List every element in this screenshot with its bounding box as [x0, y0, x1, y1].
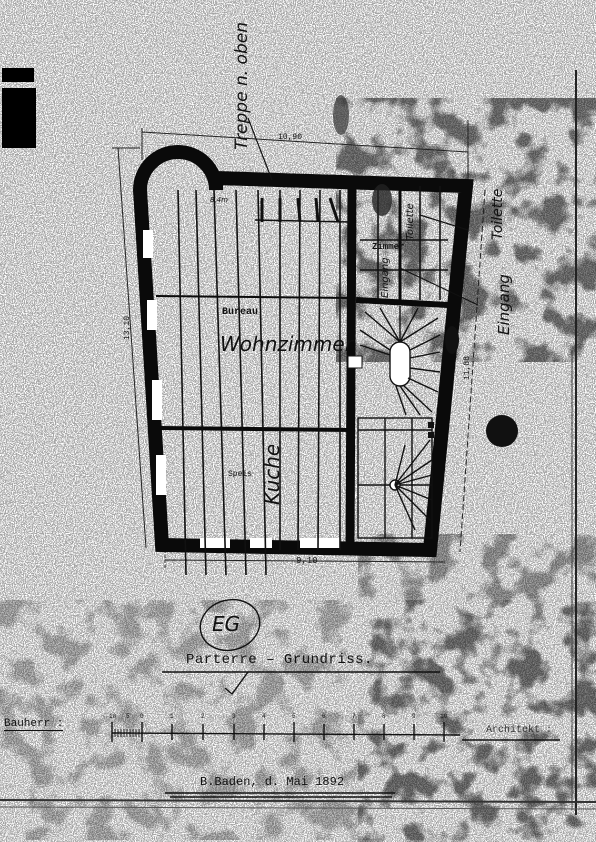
annotation-stairs-up: Treppe n. oben	[232, 22, 252, 150]
room-label-speis: Speis	[228, 470, 252, 479]
scale-tick: 2	[201, 713, 205, 720]
scale-tick: 9	[412, 713, 416, 720]
scale-tick: 4	[262, 713, 266, 720]
annotation-entrance: Eingang	[495, 274, 513, 335]
dimension-bottom-width: 9,10	[296, 556, 318, 566]
annotation-toilet: Toilette	[490, 189, 506, 240]
room-label-wohnzimmer: Wohnzimmer	[220, 332, 353, 356]
annotation-zimmer: Zimmer	[372, 242, 404, 252]
scale-tick: 5	[292, 713, 296, 720]
dimension-top-width: 10,90	[278, 133, 302, 142]
dimension-right-height: 11,88	[463, 356, 472, 380]
room-label-kueche: Küche	[260, 444, 284, 505]
plan-title: Parterre – Grundriss.	[186, 652, 373, 668]
scale-tick: 3	[232, 713, 236, 720]
architect-label: Architekt :	[486, 725, 552, 736]
scanned-floor-plan-sheet: Treppe n. oben 10,90 13,10 11,88 9,10 To…	[0, 0, 596, 842]
stamp-eg: EG	[212, 612, 240, 636]
scale-tick: 0	[140, 713, 144, 720]
scale-tick: 8	[382, 713, 386, 720]
scale-tick: 7	[352, 713, 356, 720]
client-label: Bauherr :	[4, 718, 63, 731]
small-note: 8,4m	[210, 196, 228, 204]
annotation-toilet-inner: Toilette	[405, 203, 416, 240]
dimension-left-height: 13,10	[123, 316, 132, 340]
floor-plan-drawing	[0, 0, 596, 842]
scale-tick: 5	[126, 713, 130, 720]
room-label-bureau: Bureau	[222, 307, 258, 318]
scale-tick: 10	[109, 713, 116, 720]
scale-tick: 6	[322, 713, 326, 720]
annotation-entrance-inner: Eingang	[380, 257, 391, 298]
scale-tick: 10	[440, 713, 447, 720]
scale-tick: 1	[170, 713, 174, 720]
place-date: B.Baden, d. Mai 1892	[200, 775, 344, 789]
